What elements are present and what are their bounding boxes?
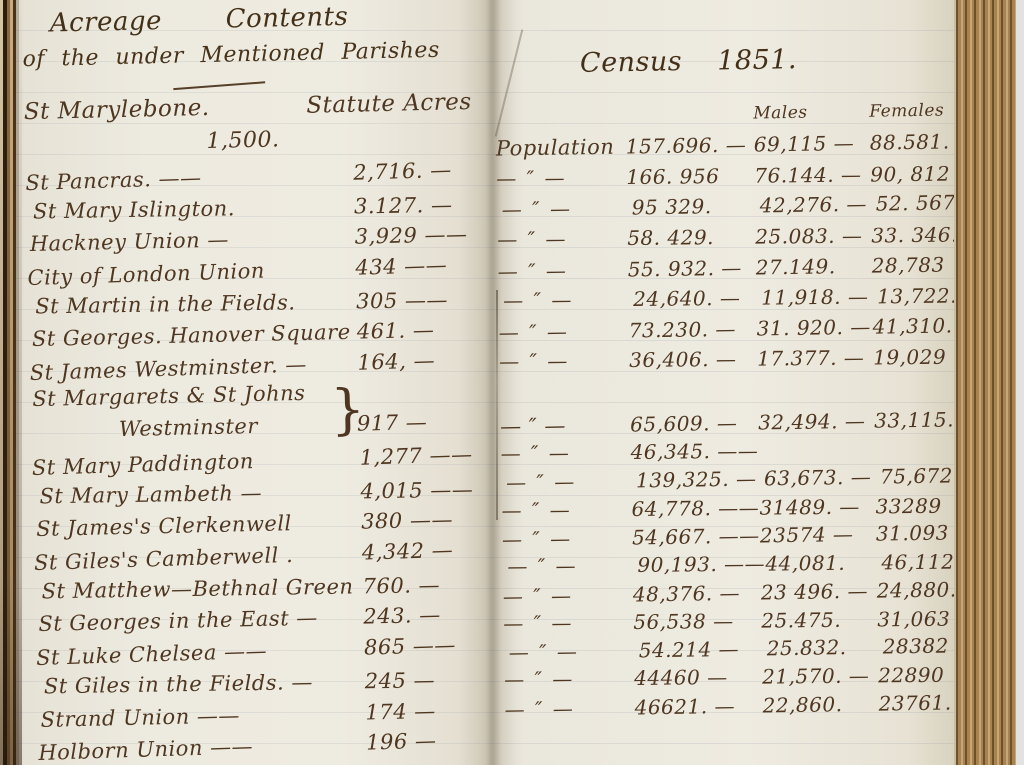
males-value: 63,673. — [764,465,880,491]
brace-icon: } [330,377,366,441]
census-rows-lower: — ″ — 65,609. — 32,494. — 33,115. — — ″ … [500,405,955,723]
ditto-label: — ″ — [503,610,633,635]
population-value: 46,345. —— [630,439,758,464]
ditto-label: — ″ — [504,667,634,692]
males-value: 31489. — [759,494,875,519]
acres-value: 2,716. — [353,157,474,185]
census-row: — ″ — 44460 — 21,570. — 22890 [504,661,954,694]
acres-value: 4,342 — [361,537,482,565]
acres-value: 461. — [357,317,478,344]
males-value: 44,081. [765,551,881,576]
parish-name: Holborn Union —— [38,731,367,765]
females-value: 22890 [878,663,954,688]
females-value: 13,722. [877,284,957,309]
parish-name: St Giles's Camberwell . [34,541,363,575]
census-row: — ″ — 24,640. — 11,918. — 13,722. [498,281,948,316]
acres-value: 243. — [363,602,484,629]
parish-row: St Martin in the Fields. 305 —— [28,283,476,322]
acres-value: 196 — [366,727,487,755]
population-value: 54,667. —— [632,524,760,550]
ditto-label: — ″ — [497,226,627,251]
males-value: 23 496. — [761,578,877,604]
parish-name: St Georges in the East — [38,605,363,636]
acres-value: 380 —— [361,507,482,534]
males-value: 27.149. [756,253,872,279]
males-value: 42,276. — [760,192,876,218]
females-column-header: Females [869,101,945,128]
population-value: 95 329. [632,194,760,220]
census-row: — ″ — 64,778. —— 31489. — 33289 [501,491,951,524]
parish-name: St Giles in the Fields. — [44,669,365,698]
ditto-label: — ″ — [502,526,632,552]
acres-value: 434 —— [355,252,476,280]
ditto-label: — ″ — [506,469,636,495]
males-value: 25.083. — [755,224,871,249]
population-value: 166. 956 [626,164,754,189]
census-title: Census 1851. [580,44,798,79]
females-value: 75,672 [880,464,953,489]
ditto-label: — ″ — [503,582,633,608]
females-value: 90, 812 [870,162,950,187]
females-value: 31.093 [876,521,952,546]
parish-name: St Georges. Hanover Square [32,320,357,351]
ditto-label: — ″ — [507,553,637,578]
acres-value: 917 — [357,410,428,443]
divider-stroke [173,81,265,90]
females-value: 19,029 [873,345,949,370]
parish-name: St Matthew—Bethnal Green [41,574,362,603]
males-value: 76.144. — [754,162,870,187]
population-value: 44460 — [634,665,762,690]
parish-name: St Mary Lambeth — [39,479,360,508]
ditto-label: — ″ — [498,257,628,283]
acres-value: 245 — [365,667,485,693]
males-value: 25.832. [767,635,883,661]
ditto-label: — ″ — [500,412,630,438]
right-page: Census 1851. Males Females Population 15… [492,0,954,765]
acres-value: 1,277 —— [359,442,480,470]
acres-value: 174 — [365,697,486,724]
census-row: — ″ — 90,193. —— 44,081. 46,112 [502,548,952,581]
females-value: 28,783 [872,252,948,277]
acres-value: 305 —— [356,287,476,313]
population-value: 55. 932. — [628,255,756,281]
population-value: 64,778. —— [631,495,759,520]
females-value: 23761. [878,690,954,715]
first-parish-name: St Marylebone. [24,95,211,133]
left-page-content: Acreage Contents of the under Mentioned … [21,0,486,765]
population-value: 58. 429. [627,225,755,250]
ditto-label: — ″ — [503,287,633,312]
book-spine-edge [0,0,22,765]
males-value: 22,860. [762,691,878,717]
population-value: 56,538 — [633,609,761,634]
ditto-label: — ″ — [504,695,634,721]
parish-name: St Mary Islington. [33,194,354,223]
parish-list-upper: St Pancras. —— 2,716. — St Mary Islingto… [25,155,478,387]
ditto-label: — ″ — [502,196,632,222]
males-value: 31. 920. — [757,315,873,341]
population-value: 65,609. — [630,410,758,436]
census-rows-upper: Population 157.696. — 69,115 — 88.581. —… [496,127,950,379]
males-value: 21,570. — [762,664,878,689]
females-value: 33289 [875,493,951,518]
right-page-content: Males Females Population 157.696. — 69,1… [495,101,955,724]
parish-name: St James's Clerkenwell [36,510,361,541]
ledger-photo: Acreage Contents of the under Mentioned … [0,0,1024,765]
males-value: 17.377. — [757,346,873,371]
census-row: — ″ — 58. 429. 25.083. — 33. 346. [497,219,947,254]
parish-name: St Pancras. —— [25,161,354,195]
ditto-label: — ″ — [501,440,631,465]
males-value: 23574 — [760,522,876,548]
parish-name: Strand Union —— [40,700,365,731]
ditto-label: — ″ — [501,497,631,522]
females-value [875,449,951,450]
acres-value: 4,015 —— [360,477,480,503]
females-value: 31,063 [877,607,953,632]
females-value: 46,112 [881,550,954,575]
parish-name: St Luke Chelsea —— [36,636,365,670]
acres-value: 3,929 —— [354,222,475,249]
population-value: 36,406. — [629,347,757,372]
females-value: 41,310. [872,313,952,338]
ditto-label: — ″ — [499,348,629,373]
females-value: 33. 346. [871,223,958,248]
females-value: 52. 567. [876,191,963,216]
population-value: 73.230. — [629,316,757,342]
ditto-label: — ″ — [499,318,629,344]
population-value: 90,193. —— [637,552,765,577]
population-value: 139,325. — [636,467,764,493]
left-page: Acreage Contents of the under Mentioned … [0,0,492,765]
parish-name: St Mary Paddington [32,446,361,480]
parish-name: City of London Union [27,256,356,290]
population-value: 24,640. — [633,286,761,311]
females-value: 24,880. [877,577,957,602]
acres-value: 3.127. — [354,192,474,218]
acres-value: 760. — [362,572,482,598]
parish-name: St Martin in the Fields. [35,289,356,318]
census-row: — ″ — 56,538 — 25.475. 31,063 [503,604,953,637]
females-value: 88.581. [870,130,950,155]
ditto-label: — ″ — [509,639,639,665]
parish-name: Hackney Union — [30,225,355,256]
census-row: — ″ — 166. 956 76.144. — 90, 812 [496,158,946,193]
acres-value: 865 —— [364,632,485,660]
acres-value: 164, — [357,347,478,375]
census-row: — ″ — 46,345. —— [500,435,950,468]
males-value: 11,918. — [761,285,877,310]
population-value: 46621. — [634,693,762,719]
males-value: 69,115 — [754,131,870,157]
page-edge-stripes [956,0,1016,765]
males-value: 32,494. — [758,409,874,435]
population-value: 48,376. — [633,580,761,606]
males-column-header: Males [753,102,869,130]
population-value: 54.214 — [639,637,767,663]
parish-list-lower: St Mary Paddington 1,277 —— St Mary Lamb… [31,440,486,765]
binding-stitch [496,290,498,520]
population-value: 157.696. — [626,133,754,159]
males-value [759,450,875,451]
parish-row: St Mary Islington. 3.127. — [26,188,474,227]
book-fore-edge [954,0,1016,765]
males-value: 25.475. [761,607,877,632]
census-row: — ″ — 46621. — 22,860. 23761. [504,688,954,723]
census-row: — ″ — 36,406. — 17.377. — 19,029 [499,342,949,377]
females-value: 28382 [883,634,954,659]
ditto-label: — ″ — [496,165,626,190]
ditto-label: Population [496,135,626,161]
statute-acres-header: Statute Acres [306,89,472,127]
